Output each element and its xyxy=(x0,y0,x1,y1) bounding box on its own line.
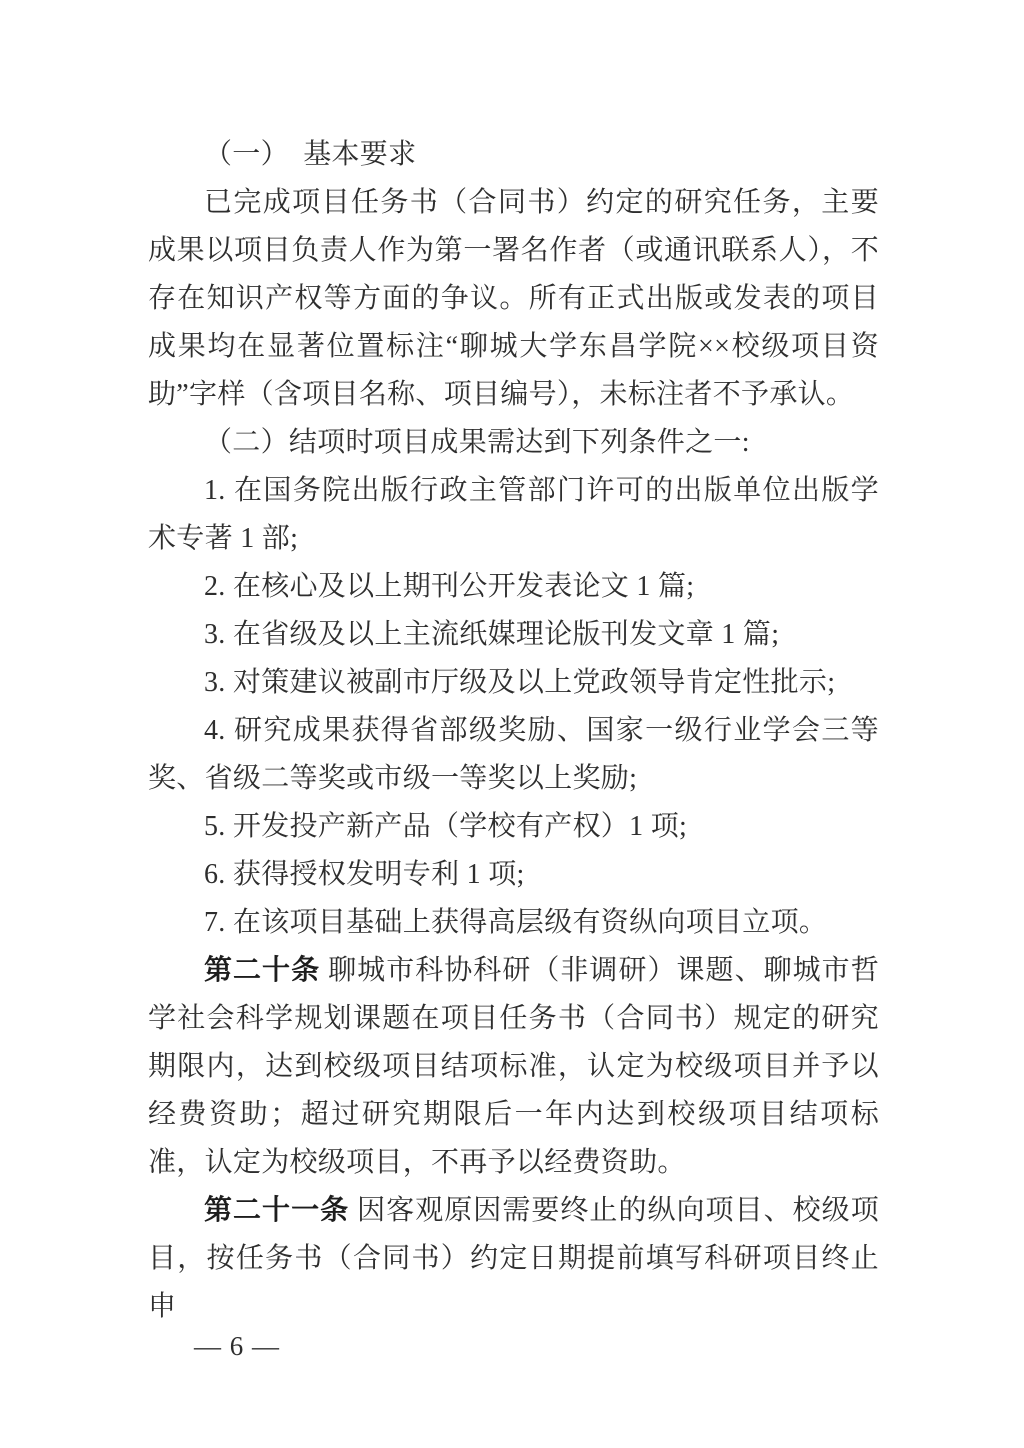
section-heading-completion-conditions: （二）结项时项目成果需达到下列条件之一: xyxy=(148,419,879,467)
paragraph-text: 7. 在该项目基础上获得高层级有资纵向项目立项。 xyxy=(204,907,827,938)
condition-item-2: 2. 在核心及以上期刊公开发表论文 1 篇; xyxy=(148,563,879,611)
article-21: 第二十一条 因客观原因需要终止的纵向项目、校级项目，按任务书（合同书）约定日期提… xyxy=(148,1187,879,1331)
condition-item-4: 4. 研究成果获得省部级奖励、国家一级行业学会三等奖、省级二等奖或市级一等奖以上… xyxy=(148,707,879,803)
condition-item-7: 7. 在该项目基础上获得高层级有资纵向项目立项。 xyxy=(148,899,879,947)
paragraph-text: 6. 获得授权发明专利 1 项; xyxy=(204,859,525,890)
paragraph-text: 1. 在国务院出版行政主管部门许可的出版单位出版学术专著 1 部; xyxy=(148,475,879,554)
paragraph-text: 5. 开发投产新产品（学校有产权）1 项; xyxy=(204,811,687,842)
paragraph-text: 聊城市科协科研（非调研）课题、聊城市哲学社会科学规划课题在项目任务书（合同书）规… xyxy=(148,955,879,1178)
document-content: （一） 基本要求已完成项目任务书（合同书）约定的研究任务，主要成果以项目负责人作… xyxy=(148,131,879,1331)
paragraph-text: （一） 基本要求 xyxy=(204,139,416,170)
page-number: — 6 — xyxy=(194,1322,280,1370)
paragraph-text: 已完成项目任务书（合同书）约定的研究任务，主要成果以项目负责人作为第一署名作者（… xyxy=(148,187,879,410)
article-number: 第二十条 xyxy=(204,955,320,986)
para-basic-requirements: 已完成项目任务书（合同书）约定的研究任务，主要成果以项目负责人作为第一署名作者（… xyxy=(148,179,879,419)
condition-item-3a: 3. 在省级及以上主流纸媒理论版刊发文章 1 篇; xyxy=(148,611,879,659)
article-20: 第二十条 聊城市科协科研（非调研）课题、聊城市哲学社会科学规划课题在项目任务书（… xyxy=(148,947,879,1187)
paragraph-text: 2. 在核心及以上期刊公开发表论文 1 篇; xyxy=(204,571,694,602)
condition-item-5: 5. 开发投产新产品（学校有产权）1 项; xyxy=(148,803,879,851)
condition-item-1: 1. 在国务院出版行政主管部门许可的出版单位出版学术专著 1 部; xyxy=(148,467,879,563)
condition-item-3b: 3. 对策建议被副市厅级及以上党政领导肯定性批示; xyxy=(148,659,879,707)
section-heading-basic-requirements: （一） 基本要求 xyxy=(148,131,879,179)
paragraph-text: 3. 对策建议被副市厅级及以上党政领导肯定性批示; xyxy=(204,667,835,698)
paragraph-text: 3. 在省级及以上主流纸媒理论版刊发文章 1 篇; xyxy=(204,619,779,650)
article-number: 第二十一条 xyxy=(204,1195,349,1226)
paragraph-text: （二）结项时项目成果需达到下列条件之一: xyxy=(204,427,750,458)
condition-item-6: 6. 获得授权发明专利 1 项; xyxy=(148,851,879,899)
paragraph-text: 4. 研究成果获得省部级奖励、国家一级行业学会三等奖、省级二等奖或市级一等奖以上… xyxy=(148,715,879,794)
